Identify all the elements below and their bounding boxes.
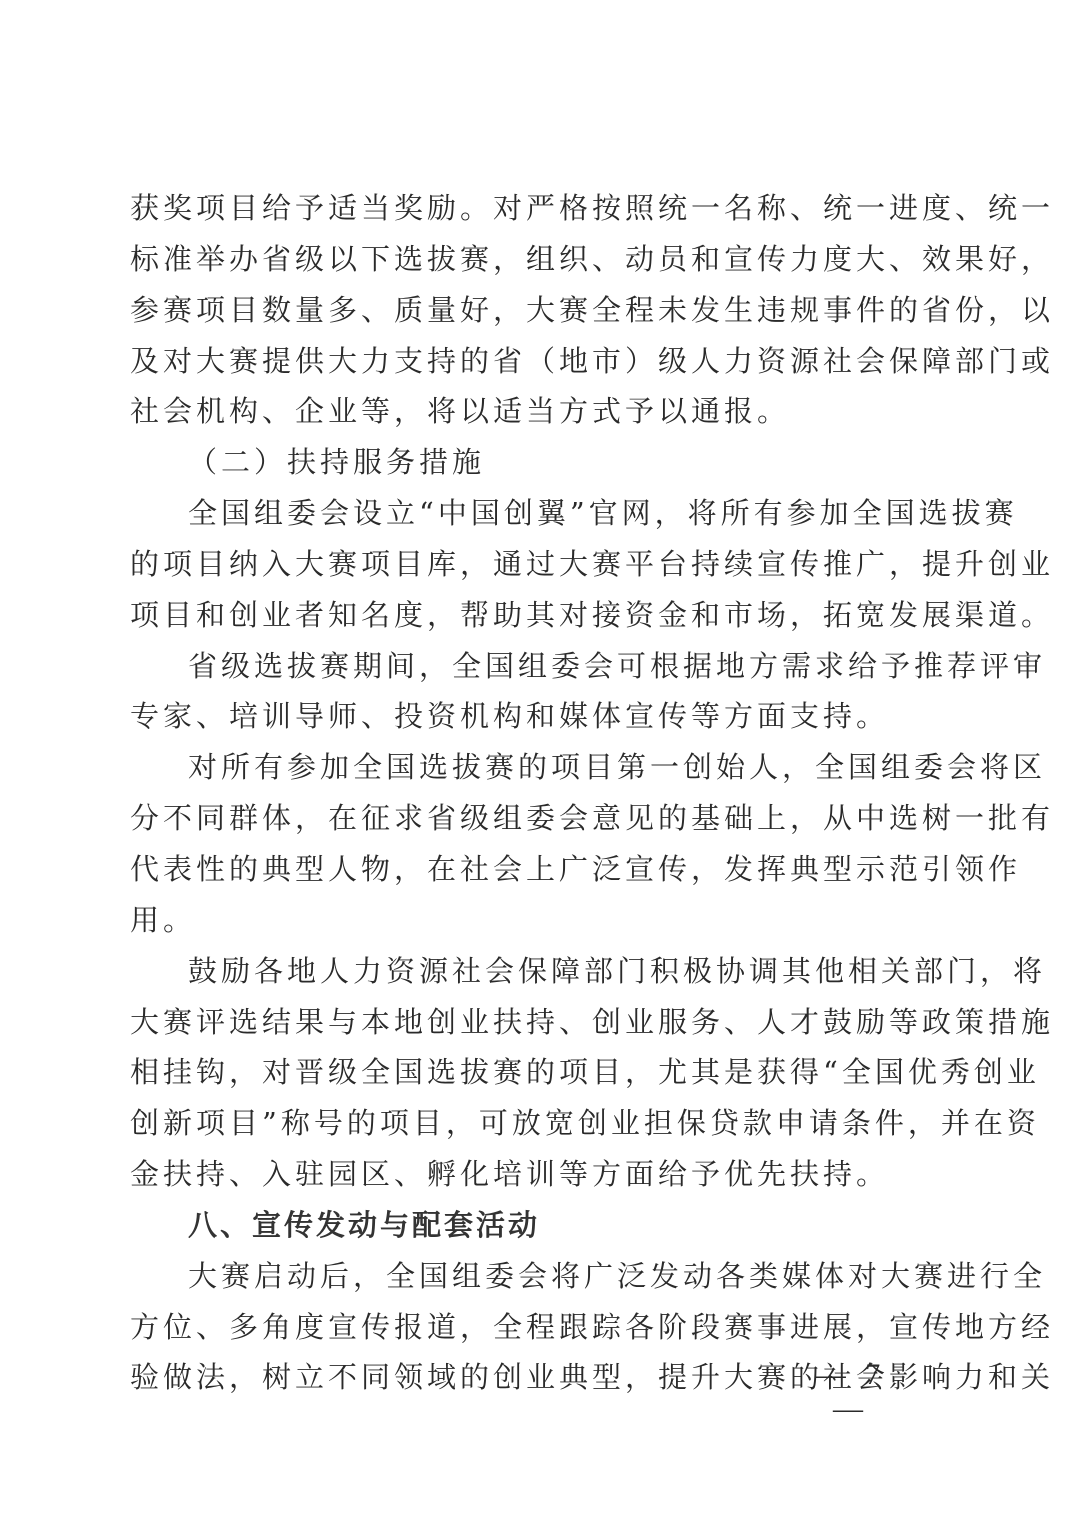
paragraph-first-line: 省级选拔赛期间，全国组委会可根据地方需求给予推荐评审 — [130, 641, 930, 692]
section-heading: 八、宣传发动与配套活动 — [130, 1200, 930, 1251]
paragraph-line: 项目和创业者知名度，帮助其对接资金和市场，拓宽发展渠道。 — [130, 590, 930, 641]
document-page: 获奖项目给予适当奖励。对严格按照统一名称、统一进度、统一 标准举办省级以下选拔赛… — [0, 0, 1080, 1527]
paragraph-line: 标准举办省级以下选拔赛，组织、动员和宣传力度大、效果好， — [130, 234, 930, 285]
section-subheading: （二）扶持服务措施 — [130, 437, 930, 488]
paragraph-first-line: 全国组委会设立“中国创翼”官网，将所有参加全国选拔赛 — [130, 488, 930, 539]
paragraph-first-line: 鼓励各地人力资源社会保障部门积极协调其他相关部门，将 — [130, 946, 930, 997]
paragraph-line: 代表性的典型人物，在社会上广泛宣传，发挥典型示范引领作 — [130, 844, 930, 895]
paragraph-line: 相挂钩，对晋级全国选拔赛的项目，尤其是获得“全国优秀创业 — [130, 1047, 930, 1098]
document-body: 获奖项目给予适当奖励。对严格按照统一名称、统一进度、统一 标准举办省级以下选拔赛… — [130, 183, 930, 1403]
paragraph-first-line: 对所有参加全国选拔赛的项目第一创始人，全国组委会将区 — [130, 742, 930, 793]
paragraph-line: 社会机构、企业等，将以适当方式予以通报。 — [130, 386, 930, 437]
paragraph-line: 大赛评选结果与本地创业扶持、创业服务、人才鼓励等政策措施 — [130, 997, 930, 1048]
paragraph-line: 分不同群体，在征求省级组委会意见的基础上，从中选树一批有 — [130, 793, 930, 844]
paragraph-line: 获奖项目给予适当奖励。对严格按照统一名称、统一进度、统一 — [130, 183, 930, 234]
paragraph-line: 的项目纳入大赛项目库，通过大赛平台持续宣传推广，提升创业 — [130, 539, 930, 590]
paragraph-line: 金扶持、入驻园区、孵化培训等方面给予优先扶持。 — [130, 1149, 930, 1200]
paragraph-line: 方位、多角度宣传报道，全程跟踪各阶段赛事进展，宣传地方经 — [130, 1302, 930, 1353]
paragraph-line: 专家、培训导师、投资机构和媒体宣传等方面支持。 — [130, 691, 930, 742]
paragraph-first-line: 大赛启动后，全国组委会将广泛发动各类媒体对大赛进行全 — [130, 1251, 930, 1302]
paragraph-line: 用。 — [130, 895, 930, 946]
paragraph-line: 参赛项目数量多、质量好，大赛全程未发生违规事件的省份，以 — [130, 285, 930, 336]
paragraph-line: 及对大赛提供大力支持的省（地市）级人力资源社会保障部门或 — [130, 336, 930, 387]
paragraph-line: 创新项目”称号的项目，可放宽创业担保贷款申请条件，并在资 — [130, 1098, 930, 1149]
page-number: — 7 — — [796, 1358, 906, 1426]
